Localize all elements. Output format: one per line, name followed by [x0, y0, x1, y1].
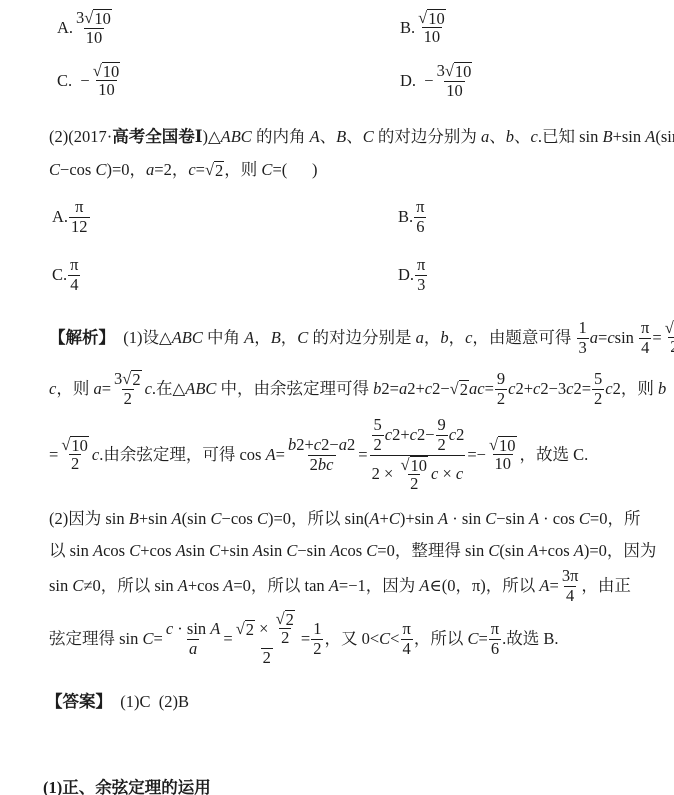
analysis-line-2: c，则 a=3√22c.在△ABC 中，由余弦定理可得 b2=a2+c2−√2a…: [49, 364, 666, 414]
option-1-d: D. −3√1010: [400, 59, 475, 103]
answer-line: 【答案】 (1)C (2)B: [46, 688, 189, 712]
option-2-a: A.π12: [52, 198, 91, 236]
analysis-line-4: (2)因为 sin B+sin A(sin C−cos C)=0，所以 sin(…: [49, 505, 640, 533]
question-line-2: C−cos C)=0，a=2，c=√2，则 C=( ): [49, 157, 317, 183]
section-heading: (1)正、余弦定理的运用: [43, 774, 211, 795]
answer-values: (1)C (2)B: [112, 692, 189, 711]
option-1-b: B.√1010: [400, 6, 449, 50]
analysis-line-1: 【解析】 (1)设△ABC 中角 A，B，C 的对边分别是 a，b，c，由题意可…: [49, 312, 674, 364]
option-1-a: A.3√1010: [57, 6, 115, 50]
analysis-line-6: sin C≠0，所以 sin A+cos A=0，所以 tan A=−1，因为 …: [49, 565, 631, 607]
analysis-line-5: 以 sin Acos C+cos Asin C+sin Asin C−sin A…: [49, 537, 656, 565]
option-2-c: C.π4: [52, 256, 81, 294]
answer-label: 【答案】: [46, 692, 112, 711]
analysis-line-7: 弦定理得 sin C=c · sin Aa=√2 × √222=12，又 0<C…: [49, 602, 559, 676]
option-2-b: B.π6: [398, 198, 427, 236]
question-line-1: (2)(2017·高考全国卷Ⅰ)△ABC 的内角 A、B、C 的对边分别为 a、…: [49, 124, 674, 150]
analysis-line-3: =√102c.由余弦定理，可得 cos A=b2+c2−a22bc=52c2+c…: [49, 413, 588, 497]
option-2-d: D.π3: [398, 256, 428, 294]
option-1-c: C. −√1010: [57, 59, 123, 103]
